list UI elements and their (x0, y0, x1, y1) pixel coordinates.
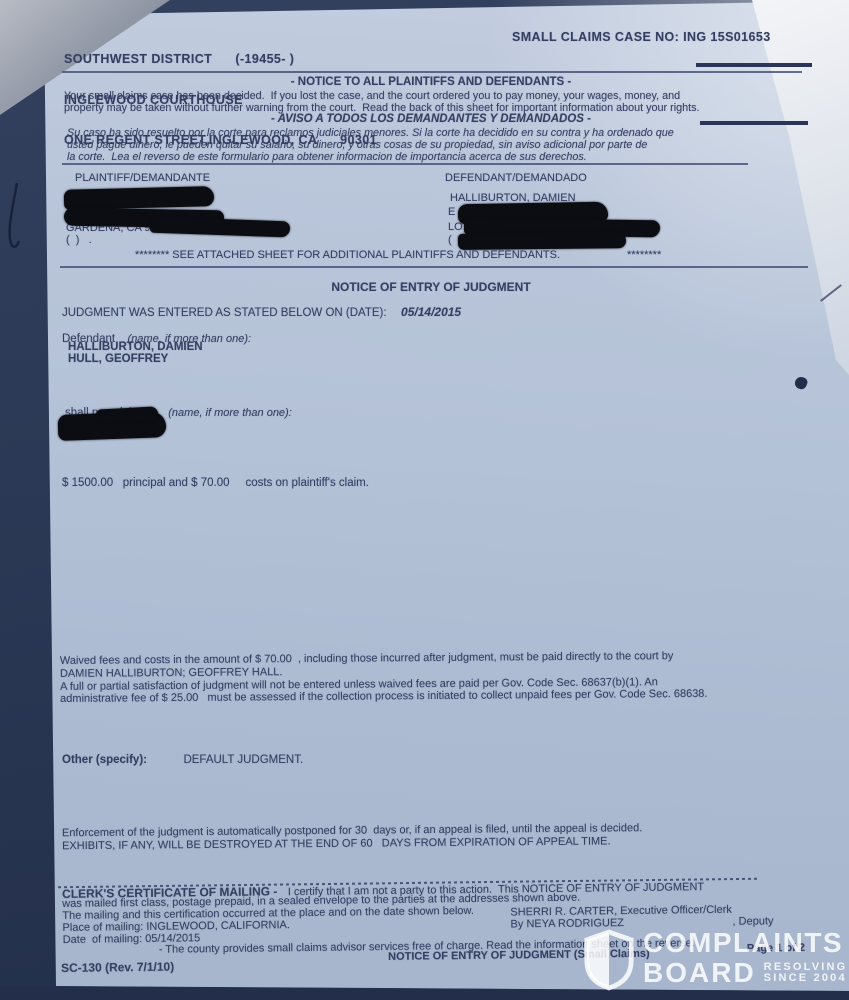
watermark-line1: COMPLAINTS (643, 929, 847, 957)
defendant-name-2: HULL, GEOFFREY (68, 353, 168, 365)
redaction-block (458, 232, 626, 250)
other-value: DEFAULT JUDGMENT. (183, 754, 303, 766)
shield-icon (583, 929, 635, 991)
notice-es-line3: la corte. Lea el reverso de este formula… (67, 151, 587, 163)
judgment-title: NOTICE OF ENTRY OF JUDGMENT (62, 280, 800, 294)
notice-en-line1: Your small claims case has been decided.… (64, 90, 680, 102)
watermark-tag2: SINCE 2004 (764, 973, 848, 985)
case-number: SMALL CLAIMS CASE NO: ING 15S01653 (512, 30, 771, 44)
pen-mark (2, 180, 26, 258)
defendant-phone-fragment: ( (448, 234, 452, 246)
watermark-tagline: RESOLVING SINCE 2004 (764, 962, 848, 987)
aviso-right-mark (700, 121, 808, 125)
clerk-deputy: , Deputy (732, 915, 773, 927)
plaintiff-phone: ( ) . (66, 234, 92, 246)
defendant-address-fragment: E (448, 206, 455, 218)
other-line: Other (specify): DEFAULT JUDGMENT. (62, 750, 303, 768)
court-district-line: SOUTHWEST DISTRICT (-19455- ) (64, 53, 377, 67)
watermark-line2: BOARD (643, 959, 756, 987)
judgment-entered-date: 05/14/2015 (401, 305, 461, 319)
plaintiff-label: PLAINTIFF/DEMANDANTE (75, 172, 210, 184)
other-label: Other (specify): (62, 754, 147, 766)
judgment-amounts: $ 1500.00 principal and $ 70.00 costs on… (62, 477, 369, 489)
photo-of-court-document: SOUTHWEST DISTRICT (-19455- ) INGLEWOOD … (0, 0, 849, 1000)
complaintsboard-watermark: COMPLAINTS BOARD RESOLVING SINCE 2004 (583, 929, 847, 991)
case-number-underline (696, 63, 812, 67)
attached-sheet-stars: ******** (627, 249, 661, 261)
notice-es-line1: Su caso ha sido resuelto por la corte pa… (67, 127, 674, 139)
judgment-entered-line: JUDGMENT WAS ENTERED AS STATED BELOW ON … (62, 303, 461, 321)
waived-fees-paragraph: Waived fees and costs in the amount of $… (60, 649, 805, 706)
attached-sheet-note: ******** SEE ATTACHED SHEET FOR ADDITION… (135, 249, 560, 261)
redaction-block (64, 186, 214, 210)
defendant-label: DEFENDANT/DEMANDADO (445, 172, 587, 184)
judgment-entered-label: JUDGMENT WAS ENTERED AS STATED BELOW ON … (62, 307, 387, 319)
shall-pay-hint: (name, if more than one): (168, 407, 292, 419)
notice-es-title: - AVISO A TODOS LOS DEMANDANTES Y DEMAND… (62, 113, 800, 125)
footer-form-number: SC-130 (Rev. 7/1/10) (61, 960, 174, 975)
watermark-text: COMPLAINTS BOARD RESOLVING SINCE 2004 (643, 929, 847, 987)
notice-es-line2: usted pague dinero, le pueden quitar su … (67, 139, 647, 151)
notice-en-title: - NOTICE TO ALL PLAINTIFFS AND DEFENDANT… (62, 76, 800, 88)
defendant-name-1: HALLIBURTON, DAMIEN (68, 341, 203, 353)
header-divider (62, 71, 802, 73)
notice-divider (62, 163, 748, 165)
parties-divider (60, 266, 808, 268)
